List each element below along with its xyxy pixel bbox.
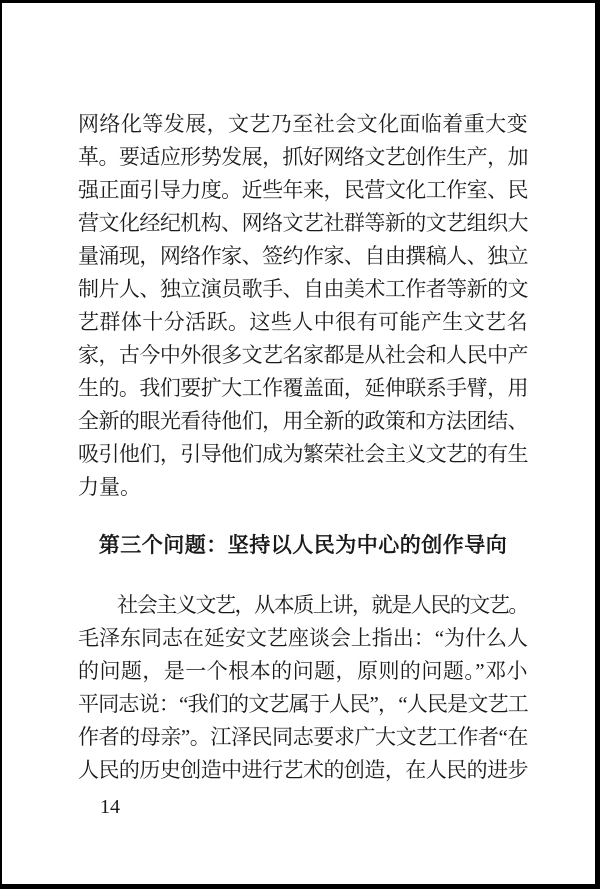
text-line-content: 社会主义文艺，从本质上讲，就是人民的文艺。 — [78, 593, 528, 617]
text-line: 平同志说：“我们的文艺属于人民”，“人民是文艺工 — [78, 688, 528, 721]
text-line: 强正面引导力度。近些年来，民营文化工作室、民 — [78, 174, 528, 207]
text-line-content: 制片人、独立演员歌手、自由美术工作者等新的文 — [78, 277, 528, 301]
text-line: 人民的历史创造中进行艺术的创造，在人民的进步 — [78, 754, 528, 787]
text-line-content: 生的。我们要扩大工作覆盖面，延伸联系手臂，用 — [78, 376, 528, 400]
scan-edge-right — [595, 0, 600, 889]
text-line-content: 革。要适应形势发展，抓好网络文艺创作生产，加 — [78, 145, 528, 169]
text-line: 家，古今中外很多文艺名家都是从社会和人民中产 — [78, 339, 528, 372]
section-heading: 第三个问题：坚持以人民为中心的创作导向 — [78, 529, 528, 562]
text-line-content: 力量。 — [78, 475, 141, 499]
text-line: 艺群体十分活跃。这些人中很有可能产生文艺名 — [78, 306, 528, 339]
text-line: 的问题，是一个根本的问题，原则的问题。”邓小 — [78, 655, 528, 688]
scan-edge-left — [0, 0, 2, 889]
book-page: 网络化等发展，文艺乃至社会文化面临着重大变 革。要适应形势发展，抓好网络文艺创作… — [0, 0, 600, 889]
text-line-content: 人民的历史创造中进行艺术的创造，在人民的进步 — [78, 758, 528, 782]
text-line-content: 量涌现，网络作家、签约作家、自由撰稿人、独立 — [78, 244, 528, 268]
text-line-content: 网络化等发展，文艺乃至社会文化面临着重大变 — [78, 112, 528, 136]
text-line-content: 平同志说：“我们的文艺属于人民”，“人民是文艺工 — [78, 692, 528, 716]
text-line-content: 毛泽东同志在延安文艺座谈会上指出：“为什么人 — [78, 626, 528, 650]
text-line: 营文化经纪机构、网络文艺社群等新的文艺组织大 — [78, 207, 528, 240]
text-line-content: 营文化经纪机构、网络文艺社群等新的文艺组织大 — [78, 211, 528, 235]
text-line: 网络化等发展，文艺乃至社会文化面临着重大变 — [78, 108, 528, 141]
paragraph-body: 社会主义文艺，从本质上讲，就是人民的文艺。 毛泽东同志在延安文艺座谈会上指出：“… — [78, 589, 528, 787]
text-line-content: 全新的眼光看待他们，用全新的政策和方法团结、 — [78, 409, 528, 433]
text-line: 制片人、独立演员歌手、自由美术工作者等新的文 — [78, 273, 528, 306]
scan-edge-top — [0, 0, 600, 3]
text-line: 革。要适应形势发展，抓好网络文艺创作生产，加 — [78, 141, 528, 174]
text-line-content: 吸引他们，引导他们成为繁荣社会主义文艺的有生 — [78, 442, 528, 466]
text-line-content: 作者的母亲”。江泽民同志要求广大文艺工作者“在 — [78, 725, 528, 749]
text-column: 网络化等发展，文艺乃至社会文化面临着重大变 革。要适应形势发展，抓好网络文艺创作… — [78, 108, 528, 787]
page-number: 14 — [100, 794, 120, 820]
text-line: 作者的母亲”。江泽民同志要求广大文艺工作者“在 — [78, 721, 528, 754]
paragraph-continued: 网络化等发展，文艺乃至社会文化面临着重大变 革。要适应形势发展，抓好网络文艺创作… — [78, 108, 528, 504]
scan-edge-bottom — [0, 884, 600, 889]
text-line: 生的。我们要扩大工作覆盖面，延伸联系手臂，用 — [78, 372, 528, 405]
text-line: 力量。 — [78, 471, 528, 504]
text-line-content: 强正面引导力度。近些年来，民营文化工作室、民 — [78, 178, 528, 202]
text-line-content: 家，古今中外很多文艺名家都是从社会和人民中产 — [78, 343, 528, 367]
text-line: 社会主义文艺，从本质上讲，就是人民的文艺。 — [78, 589, 528, 622]
text-line: 吸引他们，引导他们成为繁荣社会主义文艺的有生 — [78, 438, 528, 471]
text-line: 全新的眼光看待他们，用全新的政策和方法团结、 — [78, 405, 528, 438]
text-line: 量涌现，网络作家、签约作家、自由撰稿人、独立 — [78, 240, 528, 273]
text-line-content: 的问题，是一个根本的问题，原则的问题。”邓小 — [78, 659, 528, 683]
text-line: 毛泽东同志在延安文艺座谈会上指出：“为什么人 — [78, 622, 528, 655]
text-line-content: 艺群体十分活跃。这些人中很有可能产生文艺名 — [78, 310, 528, 334]
